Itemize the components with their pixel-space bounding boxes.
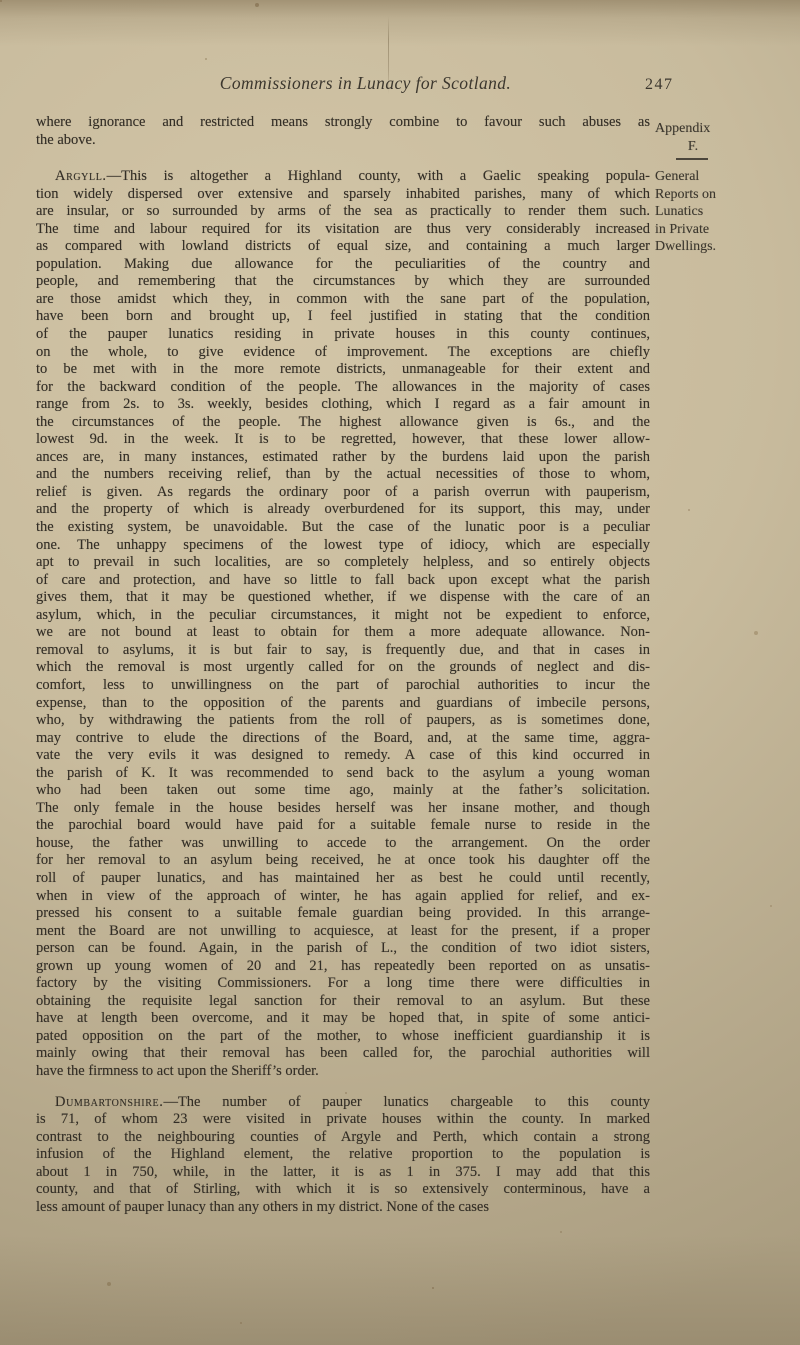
margin-note-line: Lunatics [655,203,759,221]
text-line: which the removal is most urgently calle… [36,659,650,677]
text-line: county, and that of Stirling, with which… [36,1181,650,1199]
text-line: for her removal to an asylum being recei… [36,852,650,870]
page-body: where ignorance and restricted means str… [36,114,650,1216]
text-line: comfort, less to unwillingness on the pa… [36,677,650,695]
text-line: less amount of pauper lunacy than any ot… [36,1199,650,1217]
text-line: about 1 in 750, while, in the latter, it… [36,1164,650,1182]
paragraph-lead: Dumbartonshire. [55,1094,163,1110]
text-line: expense, than to the opposition of the p… [36,695,650,713]
text-line: as compared with lowland districts of eq… [36,238,650,256]
book-page: Commissioners in Lunacy for Scotland. 24… [0,0,800,1345]
margin-note-line: Reports on [655,186,759,204]
text-line: is 71, of whom 23 were visited in privat… [36,1111,650,1129]
text-line: when in view of the approach of winter, … [36,888,650,906]
text-line: lowest 9d. in the week. It is to be regr… [36,431,650,449]
text-line: the above. [36,132,650,150]
margin-note-line: Dwellings. [655,238,759,256]
text-line: for the backward condition of the people… [36,379,650,397]
text-line: contrast to the neighbouring counties of… [36,1129,650,1147]
text-line: one. The unhappy specimens of the lowest… [36,537,650,555]
paragraph-lead: Argyll. [55,168,107,184]
text-line: of care and protection, and have so litt… [36,572,650,590]
paragraph-dumbartonshire: Dumbartonshire.—The number of pauper lun… [36,1094,650,1217]
text-line: roll of pauper lunatics, and has maintai… [36,870,650,888]
text-line: the existing system, be unavoidable. But… [36,519,650,537]
text-line: who had been taken out some time ago, ma… [36,782,650,800]
text-line: have been born and brought up, I feel ju… [36,308,650,326]
text-line: tion widely dispersed over extensive and… [36,186,650,204]
text-line: ment the Board are not unwilling to acqu… [36,923,650,941]
text-line: to be met with in the more remote distri… [36,361,650,379]
text-line: ances are, in many instances, estimated … [36,449,650,467]
paper-speckles [0,0,2,2]
margin-note-general: GeneralReports onLunaticsin PrivateDwell… [655,168,759,256]
text-line: pated opposition on the part of the moth… [36,1028,650,1046]
text-line: relief is given. As regards the ordinary… [36,484,650,502]
text-line: and the property of which is already ove… [36,501,650,519]
text-line: the parochial board would have paid for … [36,817,650,835]
page-number: 247 [645,76,674,94]
margin-notes: Appendix F. GeneralReports onLunaticsin … [655,120,759,256]
text-line: range from 2s. to 3s. weekly, besides cl… [36,396,650,414]
appendix-label: Appendix [655,120,731,138]
text-line: are insular, or so surrounded by arms of… [36,203,650,221]
margin-note-line: in Private [655,221,759,239]
text-line: Dumbartonshire.—The number of pauper lun… [36,1094,650,1112]
text-line: gives them, that it may be questioned wh… [36,589,650,607]
paragraph-argyll: Argyll.—This is altogether a Highland co… [36,168,650,1080]
text-line: population. Making due allowance for the… [36,256,650,274]
text-line: who, by withdrawing the patients from th… [36,712,650,730]
text-line: have the firmness to act upon the Sherif… [36,1063,650,1081]
text-line: have at length been overcome, and it may… [36,1010,650,1028]
text-line: the circumstances of the people. The hig… [36,414,650,432]
text-line: The only female in the house besides her… [36,800,650,818]
text-line: of the pauper lunatics residing in priva… [36,326,650,344]
text-line: we are not bound at least to obtain for … [36,624,650,642]
text-line: where ignorance and restricted means str… [36,114,650,132]
text-line: house, the father was unwilling to acced… [36,835,650,853]
text-line: pressed his consent to a suitable female… [36,905,650,923]
text-line: people, and remembering that the circums… [36,273,650,291]
text-line: asylum, which, in the peculiar circumsta… [36,607,650,625]
text-line: person can be found. Again, in the paris… [36,940,650,958]
text-line: grown up young women of 20 and 21, has r… [36,958,650,976]
text-line: and the numbers receiving relief, than b… [36,466,650,484]
margin-note-line: General [655,168,759,186]
text-line: apt to prevail in such localities, are s… [36,554,650,572]
margin-note-appendix: Appendix F. [655,120,731,160]
text-line: factory by the visiting Commissioners. F… [36,975,650,993]
appendix-letter: F. [655,138,731,156]
text-line: the parish of K. It was recommended to s… [36,765,650,783]
margin-rule [676,158,708,160]
text-line: may contrive to elude the directions of … [36,730,650,748]
text-line: Argyll.—This is altogether a Highland co… [36,168,650,186]
text-line: are those amidst which they, in common w… [36,291,650,309]
text-line: mainly owing that their removal has been… [36,1045,650,1063]
text-line: removal to asylums, it is but fair to sa… [36,642,650,660]
text-line: vate the very evils it was designed to r… [36,747,650,765]
text-line: The time and labour required for its vis… [36,221,650,239]
text-line: on the whole, to give evidence of improv… [36,344,650,362]
running-header-title: Commissioners in Lunacy for Scotland. [36,73,650,94]
text-line: infusion of the Highland element, the re… [36,1146,650,1164]
text-line: obtaining the requisite legal sanction f… [36,993,650,1011]
paragraph-intro-continuation: where ignorance and restricted means str… [36,114,650,149]
